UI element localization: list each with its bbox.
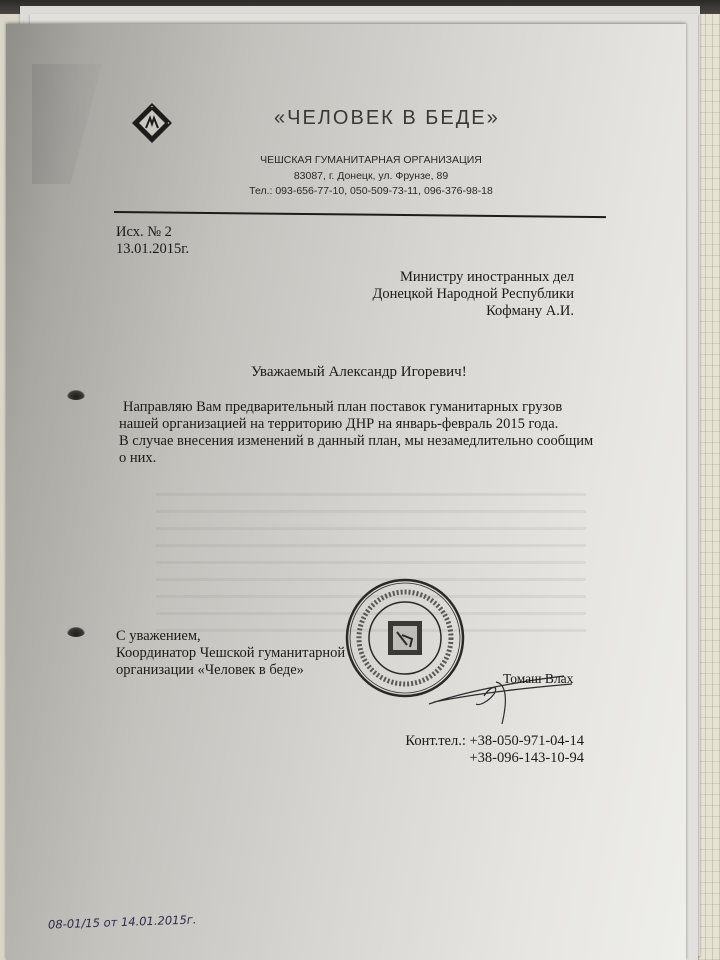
outgoing-number: Исх. № 2 (116, 224, 172, 241)
letter-page: «ЧЕЛОВЕК В БЕДЕ» ЧЕШСКАЯ ГУМАНИТАРНАЯ ОР… (6, 24, 686, 960)
contact-phones: Конт.тел.: +38-050-971-04-14 +38-096-143… (378, 733, 584, 767)
closing-line: С уважением, (116, 628, 345, 645)
contact-line: +38-096-143-10-94 (378, 750, 584, 767)
body-line: нашей организацией на территорию ДНР на … (119, 416, 609, 433)
body-line: о них. (119, 450, 609, 467)
salutation: Уважаемый Александр Игоревич! (251, 364, 467, 381)
handwritten-registration-note: 08-01/15 от 14.01.2015г. (48, 911, 197, 933)
fold-shadow (32, 64, 102, 184)
body-line: В случае внесения изменений в данный пла… (119, 433, 609, 450)
addressee-line: Кофману А.И. (274, 303, 574, 320)
letter-date: 13.01.2015г. (116, 241, 189, 258)
diamond-emblem-icon (131, 102, 173, 144)
closing-line: Координатор Чешской гуманитарной (116, 645, 345, 662)
org-name: «ЧЕЛОВЕК В БЕДЕ» (274, 107, 500, 130)
signer-name: Томаш Влах (503, 670, 573, 687)
org-address: 83087, г. Донецк, ул. Фрунзе, 89 (226, 170, 516, 182)
punch-hole (67, 627, 85, 637)
org-phones: Тел.: 093-656-77-10, 050-509-73-11, 096-… (226, 185, 516, 197)
addressee-line: Донецкой Народной Республики (274, 286, 574, 303)
closing-block: С уважением, Координатор Чешской гуманит… (116, 628, 345, 679)
letter-body: Направляю Вам предварительный план поста… (119, 399, 609, 467)
closing-line: организации «Человек в беде» (116, 662, 345, 679)
addressee-block: Министру иностранных дел Донецкой Народн… (274, 269, 574, 320)
addressee-line: Министру иностранных дел (274, 269, 574, 286)
org-type: ЧЕШСКАЯ ГУМАНИТАРНАЯ ОРГАНИЗАЦИЯ (226, 154, 516, 166)
body-line: Направляю Вам предварительный план поста… (119, 399, 609, 416)
punch-hole (67, 390, 85, 400)
header-divider (114, 211, 606, 218)
contact-line: Конт.тел.: +38-050-971-04-14 (378, 733, 584, 750)
